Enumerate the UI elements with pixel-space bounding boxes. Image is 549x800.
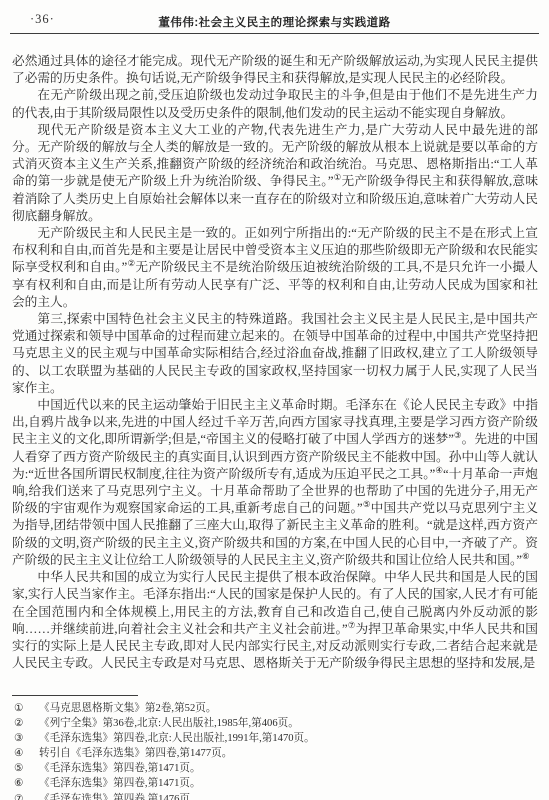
footnote-ref: ⑤ [363, 499, 371, 509]
footnote-ref: ① [333, 172, 341, 182]
footnote-marker: ⑦ [14, 792, 39, 800]
paragraph: 无产阶级民主和人民民主是一致的。正如列宁所指出的:“无产阶级的民主不是在形式上宣… [12, 225, 538, 311]
footnote-item: ⑥《毛泽东选集》第四卷,第1471页。 [14, 776, 539, 791]
footnote-item: ⑤《毛泽东选集》第四卷,第1471页。 [14, 761, 539, 776]
paragraph: 在无产阶级出现之前,受压迫阶级也发动过争取民主的斗争,但是由于他们不是先进生产力… [12, 87, 538, 121]
footnote-marker: ① [14, 701, 39, 716]
paragraph: 现代无产阶级是资本主义大工业的产物,代表先进生产力,是广大劳动人民中最先进的部分… [12, 122, 538, 225]
footnote-text: 《毛泽东选集》第四卷,第1476页。 [39, 792, 539, 800]
footnote-separator [12, 695, 138, 696]
footnote-text: 《毛泽东选集》第四卷,第1471页。 [39, 761, 539, 776]
paragraph: 第三,探索中国特色社会主义民主的特殊道路。我国社会主义民主是人民民主,是中国共产… [12, 311, 538, 397]
footnote-item: ⑦《毛泽东选集》第四卷,第1476页。 [14, 792, 539, 800]
footnote-marker: ② [14, 716, 39, 731]
footnote-item: ④转引自《毛泽东选集》第四卷,第1477页。 [14, 746, 539, 761]
paragraph: 必然通过具体的途径才能完成。现代无产阶级的诞生和无产阶级解放运动,为实现人民民主… [12, 53, 538, 87]
footnote-text: 转引自《毛泽东选集》第四卷,第1477页。 [39, 746, 539, 761]
footnote-ref: ③ [454, 430, 462, 440]
footnote-marker: ④ [14, 746, 39, 761]
footnote-ref: ② [127, 258, 135, 268]
footnotes: ①《马克思恩格斯文集》第2卷,第52页。②《列宁全集》第36卷,北京:人民出版社… [14, 701, 539, 800]
footnote-marker: ⑥ [14, 776, 39, 791]
footnote-text: 《毛泽东选集》第四卷,北京:人民出版社,1991年,第1470页。 [39, 731, 539, 746]
paragraph: 中国近代以来的民主运动肇始于旧民主主义革命时期。毛泽东在《论人民民主专政》中指出… [12, 397, 538, 569]
page-title: 董伟伟:社会主义民主的理论探索与实践道路 [10, 8, 539, 30]
footnote-marker: ⑤ [14, 761, 39, 776]
page-header: ·36· 董伟伟:社会主义民主的理论探索与实践道路 [10, 8, 539, 32]
header-rule [10, 33, 539, 34]
footnote-item: ③《毛泽东选集》第四卷,北京:人民出版社,1991年,第1470页。 [14, 731, 539, 746]
paragraph: 中华人民共和国的成立为实行人民民主提供了根本政治保障。中华人民共和国是人民的国家… [12, 569, 538, 672]
page-number: ·36· [30, 12, 55, 27]
footnote-text: 《列宁全集》第36卷,北京:人民出版社,1985年,第406页。 [39, 716, 539, 731]
footnote-text: 《马克思恩格斯文集》第2卷,第52页。 [39, 701, 539, 716]
body-text: 必然通过具体的途径才能完成。现代无产阶级的诞生和无产阶级解放运动,为实现人民民主… [12, 53, 538, 672]
footnote-text: 《毛泽东选集》第四卷,第1471页。 [39, 776, 539, 791]
footnote-marker: ③ [14, 731, 39, 746]
footnote-ref: ⑥ [522, 551, 530, 561]
document-page: ·36· 董伟伟:社会主义民主的理论探索与实践道路 必然通过具体的途径才能完成。… [0, 0, 549, 800]
footnote-item: ①《马克思恩格斯文集》第2卷,第52页。 [14, 701, 539, 716]
footnote-item: ②《列宁全集》第36卷,北京:人民出版社,1985年,第406页。 [14, 716, 539, 731]
footnote-ref: ④ [435, 465, 443, 475]
footnote-ref: ⑦ [348, 619, 356, 629]
